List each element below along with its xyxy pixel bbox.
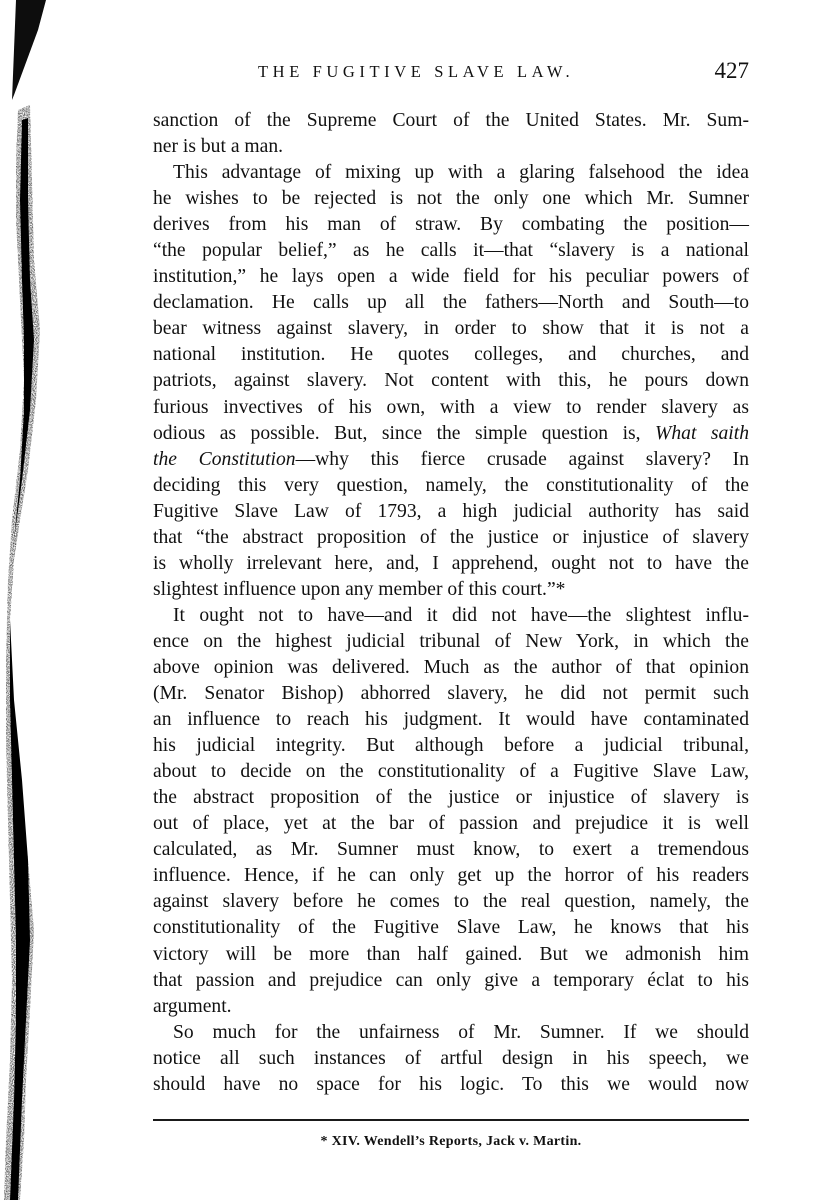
- text-line: declamation. He calls up all the fathers…: [153, 290, 749, 316]
- text-line: against slavery before he comes to the r…: [153, 889, 749, 915]
- text-line: ence on the highest judicial tribunal of…: [153, 629, 749, 655]
- text-line-with-italic: odious as possible. But, since the simpl…: [153, 421, 749, 447]
- text-line: is wholly irrelevant here, and, I appreh…: [153, 551, 749, 577]
- text-line: out of place, yet at the bar of passion …: [153, 811, 749, 837]
- text-line: above opinion was delivered. Much as the…: [153, 655, 749, 681]
- text-line: sanction of the Supreme Court of the Uni…: [153, 108, 749, 134]
- text-line: about to decide on the constitutionality…: [153, 759, 749, 785]
- text-segment: —why this fierce crusade against slavery…: [296, 449, 749, 470]
- italic-phrase: What saith: [655, 423, 749, 444]
- text-line: (Mr. Senator Bishop) abhorred slavery, h…: [153, 681, 749, 707]
- text-segment: odious as possible. But, since the simpl…: [153, 423, 655, 444]
- page-number: 427: [715, 58, 750, 84]
- text-line: that passion and prejudice can only give…: [153, 968, 749, 994]
- text-line: victory will be more than half gained. B…: [153, 942, 749, 968]
- text-line: slightest influence upon any member of t…: [153, 577, 749, 603]
- paragraph-start-line: So much for the unfairness of Mr. Sumner…: [153, 1020, 749, 1046]
- text-line: patriots, against slavery. Not content w…: [153, 368, 749, 394]
- text-line: his judicial integrity. But although bef…: [153, 733, 749, 759]
- text-line: ner is but a man.: [153, 134, 749, 160]
- text-line: institution,” he lays open a wide field …: [153, 264, 749, 290]
- text-line: national institution. He quotes colleges…: [153, 342, 749, 368]
- text-line: derives from his man of straw. By combat…: [153, 212, 749, 238]
- text-line: influence. Hence, if he can only get up …: [153, 863, 749, 889]
- text-line: argument.: [153, 994, 749, 1020]
- text-line: constitutionality of the Fugitive Slave …: [153, 915, 749, 941]
- body-text: sanction of the Supreme Court of the Uni…: [153, 108, 749, 1098]
- text-line: Fugitive Slave Law of 1793, a high judic…: [153, 499, 749, 525]
- running-title: THE FUGITIVE SLAVE LAW.: [258, 62, 574, 82]
- text-line: furious invectives of his own, with a vi…: [153, 395, 749, 421]
- book-binding-shadow: [0, 0, 60, 1200]
- running-head: THE FUGITIVE SLAVE LAW. 427: [153, 62, 749, 88]
- text-line: bear witness against slavery, in order t…: [153, 316, 749, 342]
- text-line: deciding this very question, namely, the…: [153, 473, 749, 499]
- book-page: THE FUGITIVE SLAVE LAW. 427 sanction of …: [0, 0, 831, 1200]
- text-line: calculated, as Mr. Sumner must know, to …: [153, 837, 749, 863]
- paragraph-start-line: This advantage of mixing up with a glari…: [153, 160, 749, 186]
- italic-phrase: the Constitution: [153, 449, 296, 470]
- footnote: * XIV. Wendell’s Reports, Jack v. Martin…: [153, 1134, 749, 1150]
- text-line: notice all such instances of artful desi…: [153, 1046, 749, 1072]
- text-line: he wishes to be rejected is not the only…: [153, 186, 749, 212]
- text-line: the abstract proposition of the justice …: [153, 785, 749, 811]
- text-line: should have no space for his logic. To t…: [153, 1072, 749, 1098]
- text-line: that “the abstract proposition of the ju…: [153, 525, 749, 551]
- paragraph-start-line: It ought not to have—and it did not have…: [153, 603, 749, 629]
- text-line: “the popular belief,” as he calls it—tha…: [153, 238, 749, 264]
- text-line: an influence to reach his judgment. It w…: [153, 707, 749, 733]
- text-line-with-italic: the Constitution—why this fierce crusade…: [153, 447, 749, 473]
- footnote-divider: [153, 1119, 749, 1121]
